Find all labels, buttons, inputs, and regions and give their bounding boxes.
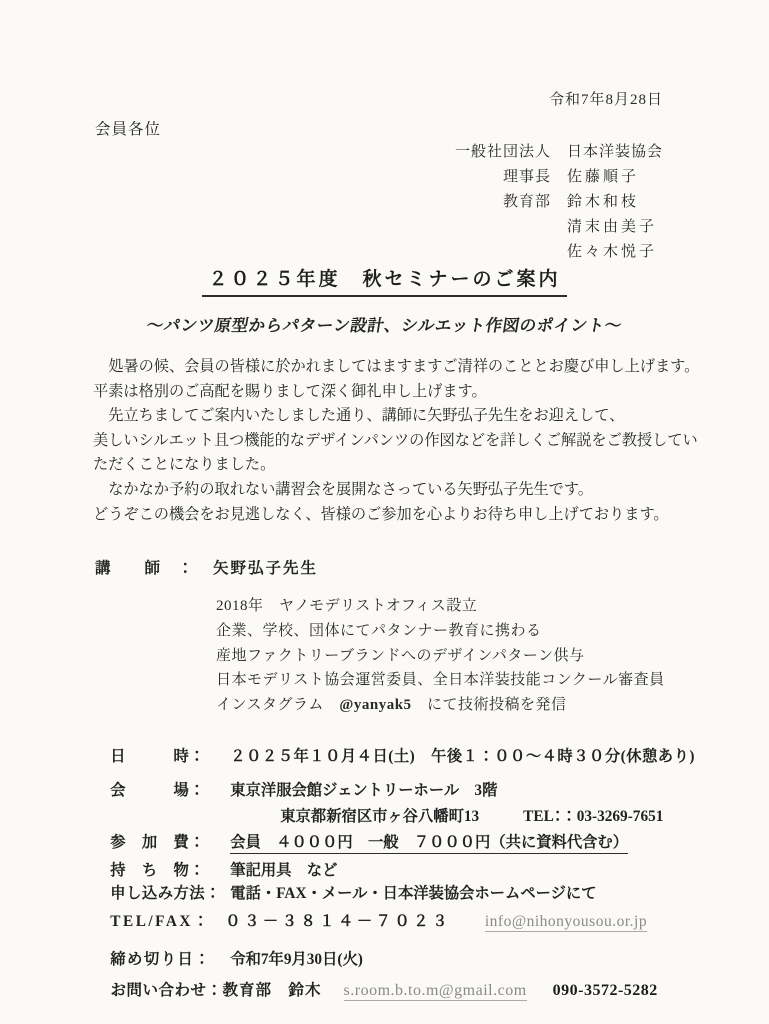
body-line: どうぞこの機会をお見逃しなく、皆様のご参加を心よりお待ち申し上げております。 [93,503,703,528]
profile-line: 企業、学校、団体にてパタンナー教育に携わる [216,619,665,644]
recipient: 会員各位 [95,117,161,139]
body-paragraph: 処暑の候、会員の皆様に於かれましてはますますご清祥のこととお慶び申し上げます。 … [93,355,703,527]
sender-person-row: 教育部 鈴木和枝 [455,190,707,215]
body-line: 先立ちましてご案内いたしました通り、講師に矢野弘子先生をお迎えして、 [93,404,703,429]
instagram-post: にて技術投稿を発信 [412,697,567,713]
sender-org-name: 日本洋装協会 [567,140,707,165]
issue-date: 令和7年8月28日 [549,88,663,109]
subtitle-wrap: ～パンツ原型からパターン設計、シルエット作図のポイント～ [0,312,769,336]
profile-line: 日本モデリスト協会運営委員、全日本洋装技能コンクール審査員 [216,668,665,693]
title-wrap: ２０２５年度 秋セミナーのご案内 [0,264,769,297]
sender-name: 鈴木和枝 [567,190,707,215]
sender-name: 佐々木悦子 [567,240,707,265]
scanned-letter-page: 令和7年8月28日 会員各位 一般社団法人 日本洋装協会 理事長 佐藤順子 教育… [0,0,769,1024]
sender-role [551,215,567,240]
body-line: 平素は格別のご高配を賜りまして深く御礼申し上げます。 [93,380,703,405]
contact-label: お問い合わせ： [111,982,223,999]
body-line: なかなか予約の取れない講習会を展開なさっている矢野弘子先生です。 [93,478,703,503]
sender-block: 一般社団法人 日本洋装協会 理事長 佐藤順子 教育部 鈴木和枝 清末由美子 佐々… [455,140,707,265]
document-subtitle: ～パンツ原型からパターン設計、シルエット作図のポイント～ [145,312,624,336]
sender-person-row: 清末由美子 [455,215,707,240]
sender-role: 理事長 [503,165,567,190]
org-email: info@nihonyousou.or.jp [485,913,647,932]
detail-row-contact: お問い合わせ：教育部 鈴木s.room.b.to.m@gmail.com090-… [95,960,658,1018]
instagram-handle: @yanyak5 [339,697,411,713]
telfax-number: ０３－３８１４－７０２３ [225,913,451,930]
sender-role [551,240,567,265]
instagram-pre: インスタグラム [216,697,339,713]
document-title: ２０２５年度 秋セミナーのご案内 [202,264,566,297]
sender-name: 佐藤順子 [567,165,707,190]
lecturer-name: 矢野弘子先生 [213,560,318,577]
profile-line: 2018年 ヤノモデリストオフィス設立 [216,594,665,619]
profile-line-instagram: インスタグラム @yanyak5 にて技術投稿を発信 [216,693,665,718]
body-line: 美しいシルエット且つ機能的なデザインパンツの作図などを詳しくご解説をご教授してい [93,429,703,454]
sender-name: 清末由美子 [567,215,707,240]
venue-label: 会 場： [110,778,230,800]
contact-mobile-number: 090-3572-5282 [553,982,658,999]
sender-person-row: 佐々木悦子 [455,240,707,265]
lecturer-label: 講 師 ： [95,556,213,578]
telfax-label: TEL/FAX： [110,909,225,931]
lecturer-profile: 2018年 ヤノモデリストオフィス設立 企業、学校、団体にてパタンナー教育に携わ… [216,594,665,718]
body-line: 処暑の候、会員の皆様に於かれましてはますますご清祥のこととお慶び申し上げます。 [93,355,703,380]
contact-email: s.room.b.to.m@gmail.com [344,982,527,1001]
profile-line: 産地ファクトリーブランドへのデザインパターン供与 [216,644,665,669]
sender-role: 教育部 [503,190,567,215]
lecturer-row: 講 師 ：矢野弘子先生 [95,556,318,578]
contact-person: 教育部 鈴木 [223,982,322,999]
sender-person-row: 理事長 佐藤順子 [455,165,707,190]
body-line: ただくことになりました。 [93,453,703,478]
sender-org-row: 一般社団法人 日本洋装協会 [455,140,707,165]
sender-org-type: 一般社団法人 [455,140,567,165]
